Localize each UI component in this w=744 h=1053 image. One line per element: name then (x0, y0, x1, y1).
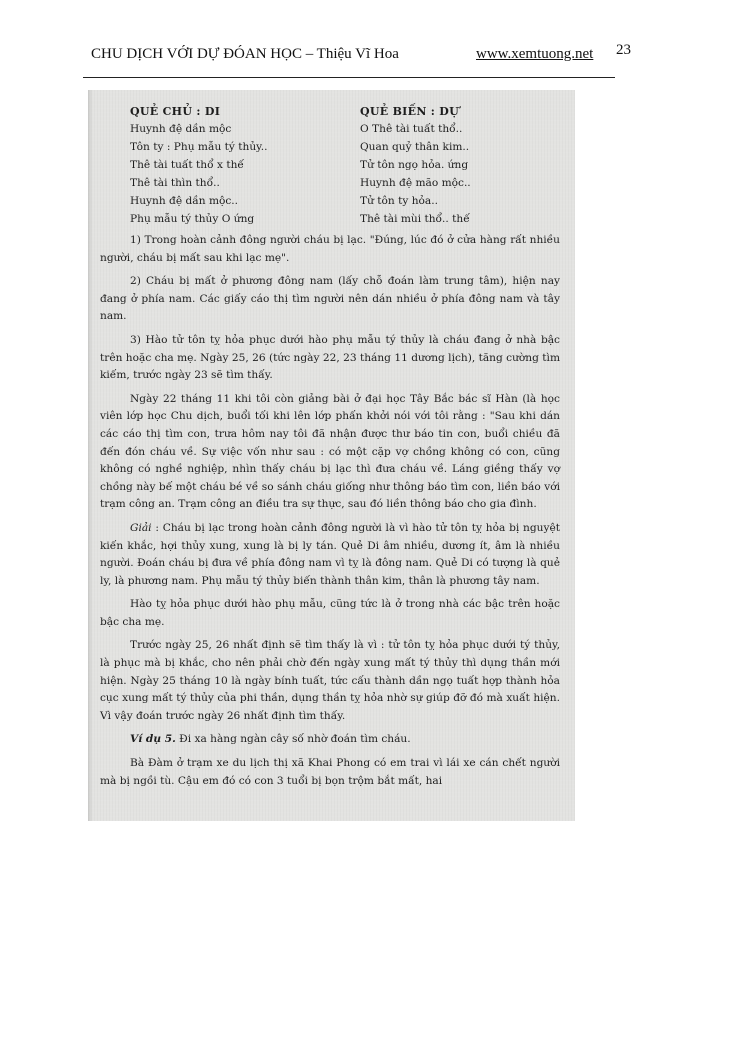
paragraph-text: Hào tỵ hỏa phục dưới hào phụ mẫu, cũng t… (100, 598, 560, 628)
example-title: Đi xa hàng ngàn cây số nhờ đoán tìm cháu… (176, 733, 411, 745)
hexagram-line: Tôn ty : Phụ mẫu tý thủy.. (130, 139, 267, 157)
paragraph: Ngày 22 tháng 11 khi tôi còn giảng bài ở… (100, 391, 560, 514)
paragraph: Hào tỵ hỏa phục dưới hào phụ mẫu, cũng t… (100, 596, 560, 631)
website-link[interactable]: www.xemtuong.net (476, 46, 593, 63)
hexagram-line: Thê tài tuất thổ x thế (130, 157, 267, 175)
changed-hexagram: QUẺ BIẾN : DỰ O Thê tài tuất thổ.. Quan … (360, 103, 471, 229)
hexagram-line: Tử tôn ngọ hỏa. ứng (360, 157, 471, 175)
body-text: 1) Trong hoàn cảnh đông người cháu bị lạ… (100, 232, 560, 796)
paragraph-text: Trước ngày 25, 26 nhất định sẽ tìm thấy … (100, 639, 560, 721)
changed-hexagram-title: QUẺ BIẾN : DỰ (360, 103, 471, 121)
example-label: Ví dụ 5. (130, 733, 176, 745)
primary-hexagram: QUẺ CHỦ : DI Huynh đệ dần mộc Tôn ty : P… (130, 103, 267, 229)
paragraph-solution: Giải : Cháu bị lạc trong hoàn cảnh đông … (100, 520, 560, 590)
paragraph-text: 2) Cháu bị mất ở phương đông nam (lấy ch… (100, 275, 560, 322)
hexagram-line: Phụ mẫu tý thủy O ứng (130, 211, 267, 229)
paragraph-text: : Cháu bị lạc trong hoàn cảnh đông người… (100, 522, 560, 587)
example-heading: Ví dụ 5. Đi xa hàng ngàn cây số nhờ đoán… (100, 731, 560, 749)
hexagram-line: Thê tài thìn thổ.. (130, 175, 267, 193)
paragraph-text: 1) Trong hoàn cảnh đông người cháu bị lạ… (100, 234, 560, 264)
scanned-page: QUẺ CHỦ : DI Huynh đệ dần mộc Tôn ty : P… (88, 90, 575, 821)
hexagram-line: Huynh đệ dần mộc (130, 121, 267, 139)
paragraph-lead: Giải (130, 522, 152, 534)
hexagram-line: Huynh đệ mão mộc.. (360, 175, 471, 193)
paragraph: 1) Trong hoàn cảnh đông người cháu bị lạ… (100, 232, 560, 267)
primary-hexagram-title: QUẺ CHỦ : DI (130, 103, 267, 121)
scan-edge-shadow (88, 90, 93, 821)
book-title: CHU DỊCH VỚI DỰ ĐÓAN HỌC – Thiệu Vĩ Hoa (91, 46, 399, 63)
hexagram-line: Tử tôn ty hỏa.. (360, 193, 471, 211)
paragraph: 3) Hào tử tôn tỵ hỏa phục dưới hào phụ m… (100, 332, 560, 385)
page-header: CHU DỊCH VỚI DỰ ĐÓAN HỌC – Thiệu Vĩ Hoa … (88, 42, 628, 70)
paragraph: Trước ngày 25, 26 nhất định sẽ tìm thấy … (100, 637, 560, 725)
page-number: 23 (616, 42, 631, 59)
paragraph-text: Ngày 22 tháng 11 khi tôi còn giảng bài ở… (100, 393, 560, 511)
paragraph-text: Bà Đàm ở trạm xe du lịch thị xã Khai Pho… (100, 757, 560, 787)
paragraph: Bà Đàm ở trạm xe du lịch thị xã Khai Pho… (100, 755, 560, 790)
paragraph: 2) Cháu bị mất ở phương đông nam (lấy ch… (100, 273, 560, 326)
hexagram-line: Huynh đệ dần mộc.. (130, 193, 267, 211)
paragraph-text: 3) Hào tử tôn tỵ hỏa phục dưới hào phụ m… (100, 334, 560, 381)
hexagram-line: O Thê tài tuất thổ.. (360, 121, 471, 139)
header-divider (83, 77, 615, 78)
hexagram-line: Thê tài mùi thổ.. thế (360, 211, 471, 229)
hexagram-line: Quan quỷ thân kim.. (360, 139, 471, 157)
